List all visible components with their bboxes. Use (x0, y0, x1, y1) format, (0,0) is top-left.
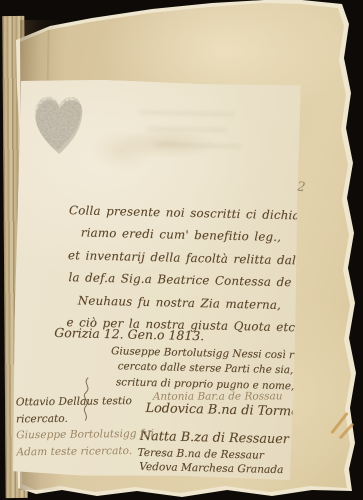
witness-line: Giuseppe Bortolutsigg fui (16, 426, 154, 444)
manuscript-photo: 2 Colla presente noi soscritti ci dichia (0, 0, 363, 500)
ink-bleedthrough (139, 111, 234, 116)
date-line: Gorizia 12. Gen.o 1813. (54, 325, 204, 343)
signature-natta: Natta B.za di Ressauer (140, 429, 289, 447)
witness-line: Ottavio Dellaus testio (16, 393, 154, 411)
attestation-clause: Giuseppe Bortolutsigg Nessi così ri, cer… (105, 344, 306, 395)
ink-bleedthrough (153, 143, 241, 148)
letter-sheet: Colla presente noi soscritti ci dichia, … (11, 78, 301, 480)
witness-line: ricercato. (16, 409, 154, 427)
signature-teresa: Teresa B.na de Ressaur (137, 447, 264, 462)
witness-signatures: Ottavio Dellaus testio ricercato. Giusep… (16, 393, 155, 461)
declaration-body: Colla presente noi soscritti ci dichia, … (66, 199, 294, 339)
ink-bleedthrough (147, 127, 227, 132)
heart-stamp-icon (31, 92, 84, 159)
witness-line: Adam teste ricercato. (16, 443, 154, 461)
signature-vedova: Vedova Marchesa Granada (139, 461, 283, 476)
